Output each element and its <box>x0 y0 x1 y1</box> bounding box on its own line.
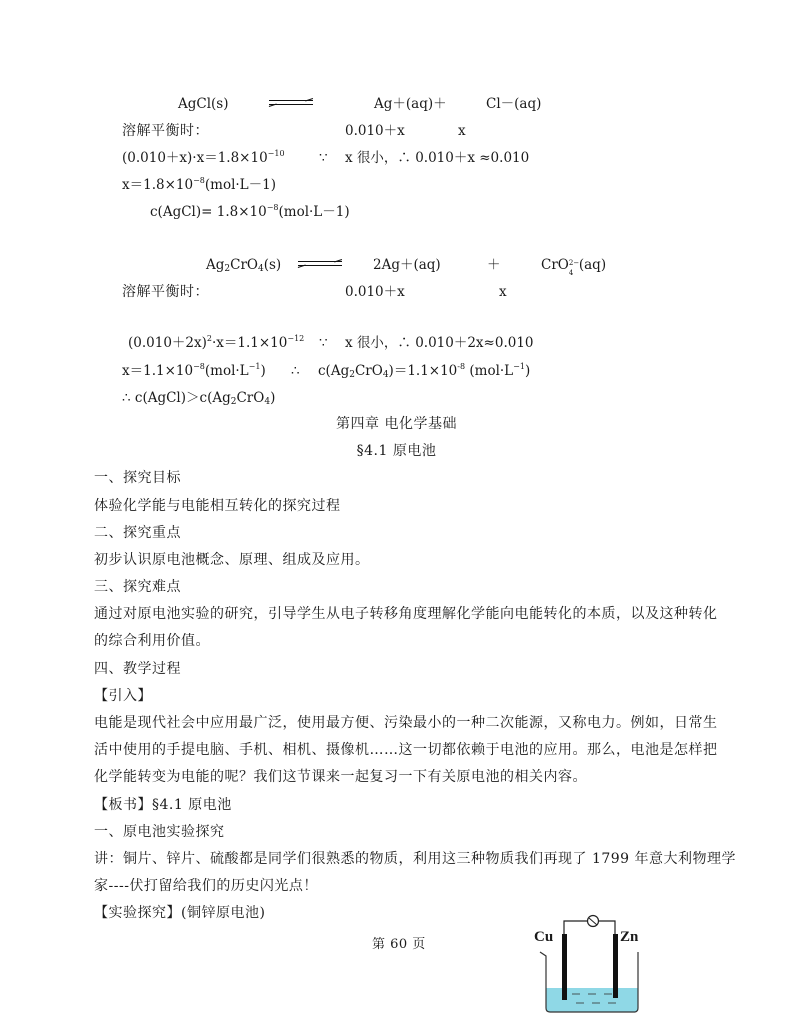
equilibrium-arrow-icon <box>298 260 342 268</box>
board-note: 【板书】§4.1 原电池 <box>94 796 232 814</box>
paragraph-goals: 体验化学能与电能相互转化的探究过程 <box>94 497 341 515</box>
ag2cro4-ksp-equation: (0.010＋2x)2·x＝1.1×10−12 <box>128 334 304 352</box>
ag2cro4-product-chromate: CrO2−4(aq) <box>541 256 606 274</box>
beaker-icon <box>532 908 652 1020</box>
agcl-approximation: x 很小，∴ 0.010＋x ≈0.010 <box>345 149 529 167</box>
paragraph-difficulty-line2: 的综合利用价值。 <box>94 632 210 650</box>
ag2cro4-eq-label: 溶解平衡时： <box>122 283 209 301</box>
experiment-tag: 【实验探究】(铜锌原电池) <box>94 904 265 922</box>
ag2cro4-approximation: x 很小，∴ 0.010＋2x≈0.010 <box>345 334 534 352</box>
agcl-eq-ag: 0.010＋x <box>345 122 405 140</box>
because-symbol: ∵ <box>319 149 328 167</box>
page-number: 第 60 页 <box>372 936 426 954</box>
agcl-ksp-equation: (0.010＋x)·x＝1.8×10−10 <box>122 149 285 167</box>
paragraph-difficulty-line1: 通过对原电池实验的研究，引导学生从电子转移角度理解化学能向电能转化的本质，以及这… <box>94 605 718 623</box>
agcl-eq-label: 溶解平衡时： <box>122 122 209 140</box>
ag2cro4-reactant: Ag2CrO4(s) <box>206 256 281 274</box>
solubility-conclusion: ∴ c(AgCl)＞c(Ag2CrO4) <box>122 389 275 407</box>
agcl-product-cl: Cl－(aq) <box>486 95 541 113</box>
ag2cro4-solubility: c(Ag2CrO4)＝1.1×10-8 (mol·L−1) <box>318 362 530 380</box>
agcl-product-ag: Ag＋(aq)＋ <box>374 95 447 113</box>
heading-goals: 一、探究目标 <box>94 469 181 487</box>
section-title: §4.1 原电池 <box>0 442 793 460</box>
chapter-title: 第四章 电化学基础 <box>0 415 793 433</box>
copper-label: Cu <box>534 928 553 946</box>
equilibrium-arrow-icon <box>269 99 313 107</box>
agcl-reactant: AgCl(s) <box>178 95 229 113</box>
zinc-label: Zn <box>620 928 638 946</box>
because-symbol: ∵ <box>319 334 328 352</box>
heading-difficulty: 三、探究难点 <box>94 578 181 596</box>
intro-line2: 活中使用的手提电脑、手机、相机、摄像机……这一切都依赖于电池的应用。那么，电池是… <box>94 741 718 759</box>
heading-process: 四、教学过程 <box>94 660 181 678</box>
ag2cro4-eq-ag: 0.010＋x <box>345 283 405 301</box>
talk-line1: 讲：铜片、锌片、硫酸都是同学们很熟悉的物质，利用这三种物质我们再现了 1799 … <box>94 850 736 868</box>
heading-focus: 二、探究重点 <box>94 524 181 542</box>
talk-line2: 家----伏打留给我们的历史闪光点！ <box>94 877 318 895</box>
plus-sign: ＋ <box>487 256 501 274</box>
galvanic-cell-diagram: Cu Zn <box>532 908 652 1020</box>
heading-experiment: 一、原电池实验探究 <box>94 823 225 841</box>
therefore-symbol: ∴ <box>291 362 300 380</box>
intro-tag: 【引入】 <box>94 687 152 705</box>
ag2cro4-product-ag: 2Ag＋(aq) <box>373 256 441 274</box>
zinc-electrode <box>613 934 618 998</box>
ag2cro4-eq-chromate: x <box>499 283 507 301</box>
intro-line1: 电能是现代社会中应用最广泛，使用最方便、污染最小的一种二次能源，又称电力。例如，… <box>94 714 718 732</box>
agcl-solubility: c(AgCl)= 1.8×10−8(mol·L－1) <box>150 203 350 221</box>
agcl-eq-cl: x <box>458 122 466 140</box>
copper-electrode <box>562 934 567 1000</box>
ag2cro4-x-result: x＝1.1×10−8(mol·L−1) <box>122 362 266 380</box>
intro-line3: 化学能转变为电能的呢？我们这节课来一起复习一下有关原电池的相关内容。 <box>94 768 587 786</box>
agcl-x-result: x＝1.8×10−8(mol·L－1) <box>122 176 276 194</box>
paragraph-focus: 初步认识原电池概念、原理、组成及应用。 <box>94 551 370 569</box>
